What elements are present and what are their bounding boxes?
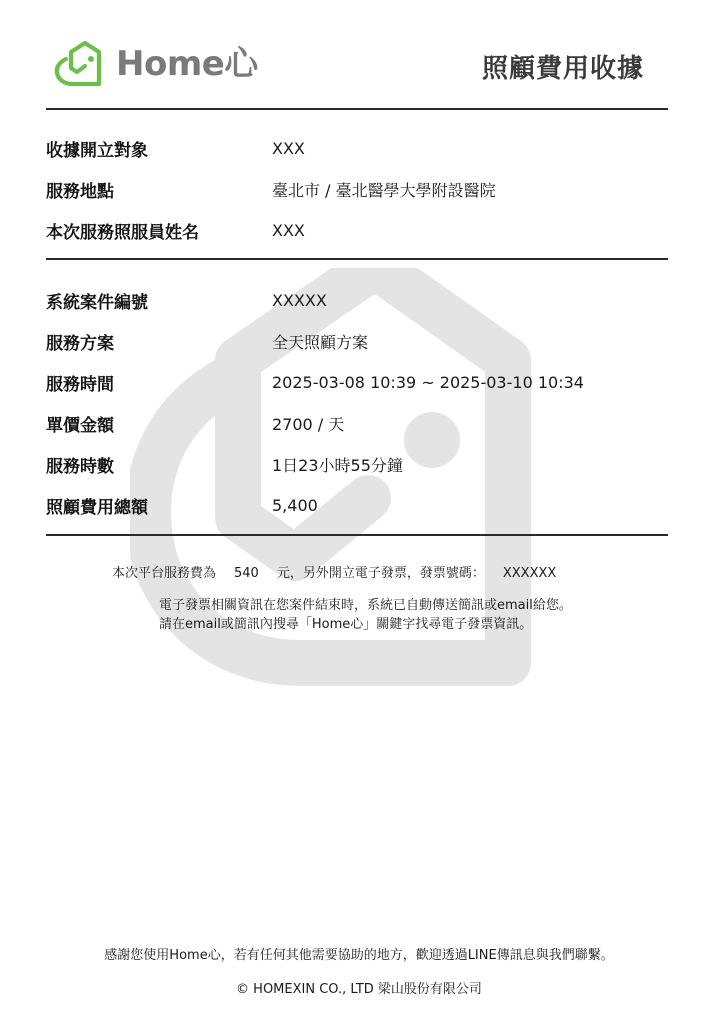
document-title: 照顧費用收據 [482,48,644,85]
footer-thanks: 感謝您使用Home心，若有任何其他需要協助的地方，歡迎透過LINE傳訊息與我們聯… [0,944,718,963]
divider-middle [46,258,668,260]
field-value: 5,400 [272,496,318,515]
field-caregiver-name: 本次服務照服員姓名 XXX [46,218,668,242]
field-unit-price: 單價金額 2700 / 天 [46,411,668,435]
field-value: XXX [272,139,305,158]
field-label: 服務方案 [46,329,272,354]
brand-logo: Home心 [54,40,258,88]
field-label: 單價金額 [46,411,272,436]
field-total-amount: 照顧費用總額 5,400 [46,493,668,517]
field-service-location: 服務地點 臺北市 / 臺北醫學大學附設醫院 [46,177,668,201]
field-value: 全天照顧方案 [272,330,368,353]
divider-bottom [46,534,668,536]
field-label: 系統案件編號 [46,288,272,313]
field-service-plan: 服務方案 全天照顧方案 [46,329,668,353]
field-value: 2700 / 天 [272,412,344,435]
footer-copyright: © HOMEXIN CO., LTD 梁山股份有限公司 [0,978,718,997]
platform-fee-line: 本次平台服務費為540元，另外開立電子發票，發票號碼：XXXXXX [112,562,556,581]
platform-fee-middle: 元，另外開立電子發票，發票號碼： [277,562,485,581]
field-value: 臺北市 / 臺北醫學大學附設醫院 [272,178,496,201]
divider-top [46,108,668,110]
invoice-number: XXXXXX [503,566,556,581]
field-receipt-recipient: 收據開立對象 XXX [46,136,668,160]
field-label: 服務時數 [46,452,272,477]
invoice-note-line-2: 請在email或簡訊內搜尋「Home心」關鍵字找尋電子發票資訊。 [159,615,572,634]
invoice-note-line-1: 電子發票相關資訊在您案件結束時，系統已自動傳送簡訊或email給您。 [159,596,572,615]
field-label: 照顧費用總額 [46,493,272,518]
platform-fee-amount: 540 [234,566,259,581]
field-value: 1日23小時55分鐘 [272,453,403,476]
platform-fee-prefix: 本次平台服務費為 [112,562,216,581]
field-value: 2025-03-08 10:39 ~ 2025-03-10 10:34 [272,373,584,392]
receipt-page: Home心 照顧費用收據 收據開立對象 XXX 服務地點 臺北市 / 臺北醫學大… [0,0,718,1024]
field-label: 本次服務照服員姓名 [46,218,272,243]
field-label: 服務地點 [46,177,272,202]
field-service-duration: 服務時數 1日23小時55分鐘 [46,452,668,476]
field-service-time: 服務時間 2025-03-08 10:39 ~ 2025-03-10 10:34 [46,370,668,394]
field-case-number: 系統案件編號 XXXXX [46,288,668,312]
field-label: 收據開立對象 [46,136,272,161]
invoice-note: 電子發票相關資訊在您案件結束時，系統已自動傳送簡訊或email給您。 請在ema… [159,596,572,634]
receipt-header: Home心 照顧費用收據 [46,36,668,96]
field-label: 服務時間 [46,370,272,395]
home-heart-logo-icon [54,40,104,88]
field-value: XXX [272,221,305,240]
brand-name: Home心 [116,40,258,88]
field-value: XXXXX [272,291,327,310]
